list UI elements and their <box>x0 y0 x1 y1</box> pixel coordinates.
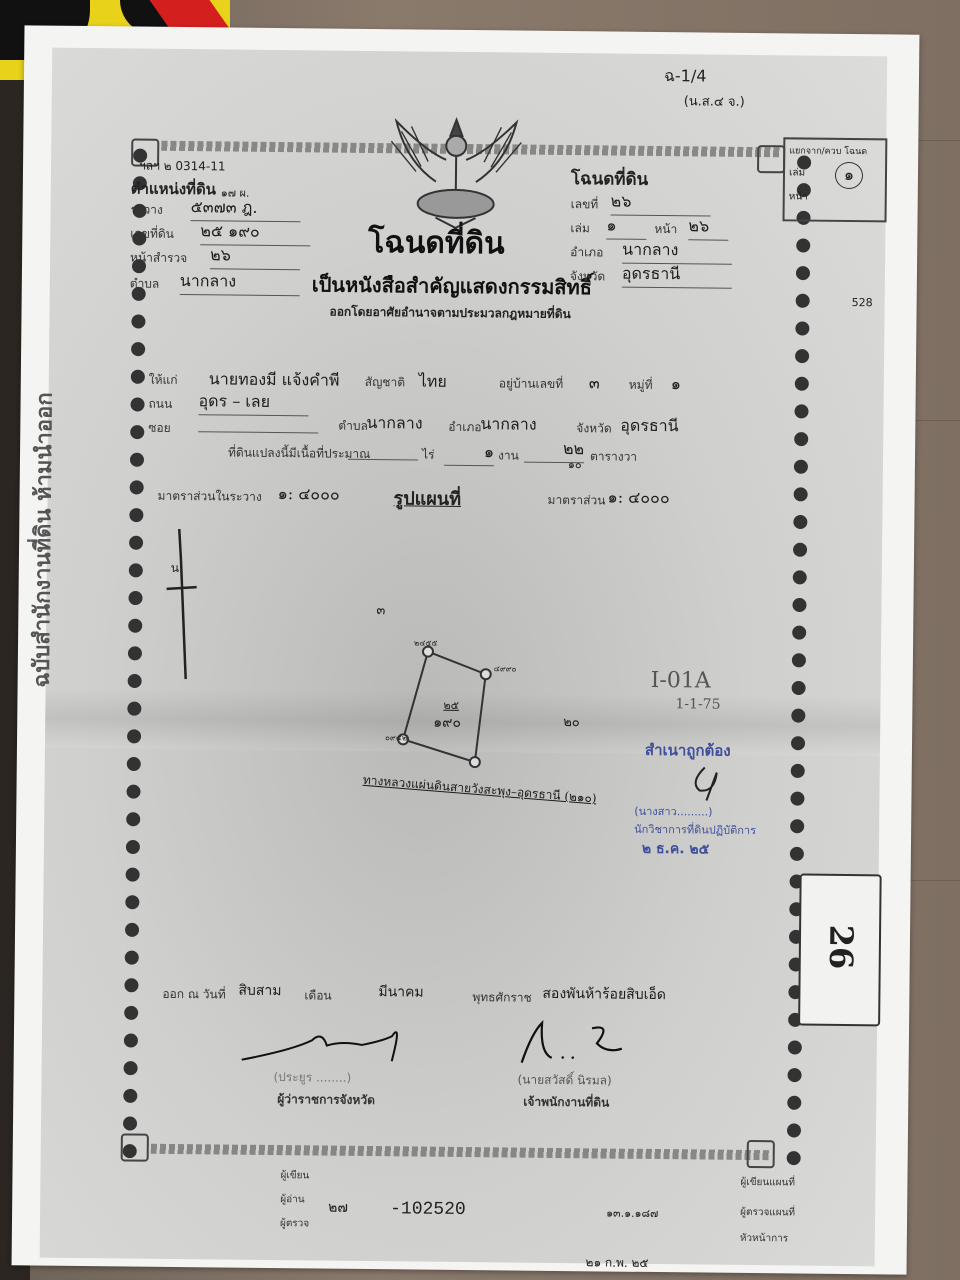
north-label: น <box>171 559 179 578</box>
map-title: รูปแผนที่ <box>393 483 461 513</box>
blue-stamp-date: ๒ ธ.ค. ๒๕ <box>642 838 710 861</box>
footer-role-map-checker: ผู้ตรวจแผนที่ <box>740 1205 795 1221</box>
granted-to-label: ให้แก่ <box>149 371 178 390</box>
vertical-stamp: ฉบับสำนักงานที่ดิน ห้ามนำออก <box>24 392 62 688</box>
owner-province-label: จังหวัด <box>576 419 612 438</box>
page-number-tag: 26 <box>798 874 882 1027</box>
house-no-value: ๓ <box>589 371 600 396</box>
book-label: เล่ม <box>570 219 590 238</box>
deed-heading: โฉนดที่ดิน <box>571 165 649 193</box>
survey-page-label: หน้าสำรวจ <box>130 248 187 268</box>
issue-month: มีนาคม <box>378 981 423 1003</box>
governor-name: (ประยูร ........) <box>273 1068 351 1088</box>
parcel-no: ๑๙๐ <box>433 712 461 734</box>
road-value: อุดร – เลย <box>198 389 308 416</box>
governor-title: ผู้ว่าราชการจังหวัด <box>277 1090 375 1110</box>
issued-at-label: ออก ณ วันที่ <box>162 985 225 1005</box>
main-title: โฉนดที่ดิน <box>368 219 505 267</box>
ref-top-right: ฉ-1/4 <box>664 64 707 89</box>
amphoe-label: อำเภอ <box>570 243 603 262</box>
parcel-map <box>375 621 597 773</box>
scale-rawang-value: ๑: ๔๐๐๐ <box>277 482 339 508</box>
scale-label: มาตราส่วน <box>547 491 605 511</box>
owner-tambon-value: นากลาง <box>366 411 422 437</box>
serial-number: -102520 <box>390 1199 466 1220</box>
governor-signature-icon <box>232 1010 423 1072</box>
north-arrow-icon <box>156 519 208 690</box>
page-label: หน้า <box>654 220 677 239</box>
page-value: ๒๖ <box>688 214 728 240</box>
initial-signature-icon <box>684 762 724 802</box>
blue-stamp-certified: สำเนาถูกต้อง <box>645 738 731 763</box>
survey-page-value: ๒๖ <box>210 243 300 270</box>
scale-rawang-label: มาตราส่วนในระวาง <box>157 487 261 507</box>
officer-title: เจ้าพนักงานที่ดิน <box>523 1093 609 1113</box>
amphoe-value: นากลาง <box>622 238 732 265</box>
neighbor-north: ๓ <box>376 599 385 620</box>
garuda-emblem-icon <box>365 111 546 233</box>
ngan-label: งาน <box>498 446 519 465</box>
nationality-label: สัญชาติ <box>365 373 405 392</box>
footer-date: ๒๑ ก.พ. ๒๕ <box>585 1253 648 1273</box>
issue-year: สองพันห้าร้อยสิบเอ็ด <box>542 983 666 1006</box>
tambon-label: ตำบล <box>130 274 160 293</box>
owner-tambon-label: ตำบล <box>338 417 368 436</box>
land-no-label: เลขที่ดิน <box>130 224 174 243</box>
owner-amphoe-label: อำเภอ <box>448 418 481 437</box>
deed-paper: ฉบับสำนักงานที่ดิน ห้ามนำออก ฉ-1/4 (น.ส.… <box>12 25 920 1274</box>
marker-sw: ๐๙๕๒ <box>385 731 407 744</box>
footer-role-head: หัวหน้าการ <box>740 1231 788 1247</box>
split-book-value: ๑ <box>835 162 863 189</box>
footer-role-reader: ผู้อ่าน <box>280 1192 304 1207</box>
book-value: ๑ <box>606 213 646 239</box>
marker-ne: ๔๙๙๐ <box>494 662 517 675</box>
rawang-label: ระวาง <box>130 200 162 219</box>
side-note: 528 <box>852 296 873 309</box>
ngan-value: ๑ <box>444 440 494 467</box>
photocopy-area: ฉบับสำนักงานที่ดิน ห้ามนำออก ฉ-1/4 (น.ส.… <box>40 48 888 1267</box>
province-value: อุดรธานี <box>622 262 732 289</box>
corner-ornament-icon <box>747 1140 775 1168</box>
handwritten-code: I-01A <box>651 668 711 694</box>
form-code: (น.ส.๔ จ.) <box>684 90 745 112</box>
rai-value <box>348 443 418 461</box>
neighbor-east: ๒๐ <box>563 711 580 732</box>
soi-value <box>198 413 318 433</box>
serial-top: ฯลฯ ๒ 0314-11 <box>139 157 226 177</box>
corner-ornament-icon <box>757 145 785 173</box>
soi-label: ซอย <box>148 419 171 438</box>
issued-by: ออกโดยอาศัยอำนาจตามประมวลกฎหมายที่ดิน <box>329 303 570 325</box>
blue-stamp-title: นักวิชาการที่ดินปฏิบัติการ <box>634 820 756 839</box>
land-no-value: ๒๕ ๑๙๐ <box>200 219 310 246</box>
corner-ornament-icon <box>121 1133 149 1161</box>
footer-right-note: ๑๓.๑.๑๘๗ <box>606 1204 658 1223</box>
volume-no: ๒๗ <box>328 1197 348 1219</box>
deed-no-label: เลขที่ <box>571 195 599 214</box>
wa-label: ตารางวา <box>590 447 637 466</box>
deed-no-value: ๒๖ <box>611 189 711 216</box>
road-label: ถนน <box>148 395 172 414</box>
house-no-label: อยู่บ้านเลขที่ <box>499 374 564 394</box>
rawang-value: ๕๓๗๓ ฎ. <box>190 195 300 222</box>
officer-signature-icon <box>512 1013 633 1074</box>
split-page-label: หน้า <box>789 189 808 204</box>
footer-role-map-writer: ผู้เขียนแผนที่ <box>740 1175 795 1191</box>
footer-role-checker: ผู้ตรวจ <box>280 1216 309 1231</box>
marker-nw: ๒๔๕๕ <box>414 636 438 649</box>
officer-name: (นายสวัสดิ์ นิรมล) <box>517 1071 611 1091</box>
nationality-value: ไทย <box>419 369 447 394</box>
blue-stamp-name: (นางสาว.........) <box>634 802 712 821</box>
issue-year-label: พุทธศักราช <box>472 988 532 1008</box>
wa-fraction: ๑๐ <box>568 455 582 473</box>
owner-amphoe-value: นากลาง <box>480 412 536 438</box>
tag-number: 26 <box>822 924 860 969</box>
rai-label: ไร่ <box>422 446 435 465</box>
issue-day: สิบสาม <box>238 980 281 1002</box>
tambon-value: นากลาง <box>180 269 300 296</box>
footer-role-writer: ผู้เขียน <box>280 1168 309 1183</box>
subtitle: เป็นหนังสือสำคัญแสดงกรรมสิทธิ์ <box>312 268 592 303</box>
split-book-label: เล่ม <box>789 165 805 180</box>
split-deed-box: แยกจาก/ควบ โฉนด เล่ม ๑ หน้า <box>783 137 888 222</box>
handwritten-date: 1-1-75 <box>675 696 720 712</box>
split-label: แยกจาก/ควบ โฉนด <box>789 143 867 158</box>
province-label: จังหวัด <box>570 267 606 286</box>
moo-label: หมู่ที่ <box>629 376 653 395</box>
owner-province-value: อุดรธานี <box>620 414 679 440</box>
scale-value: ๑: ๔๐๐๐ <box>607 485 669 511</box>
moo-value: ๑ <box>671 372 681 397</box>
issue-month-label: เดือน <box>304 986 332 1005</box>
